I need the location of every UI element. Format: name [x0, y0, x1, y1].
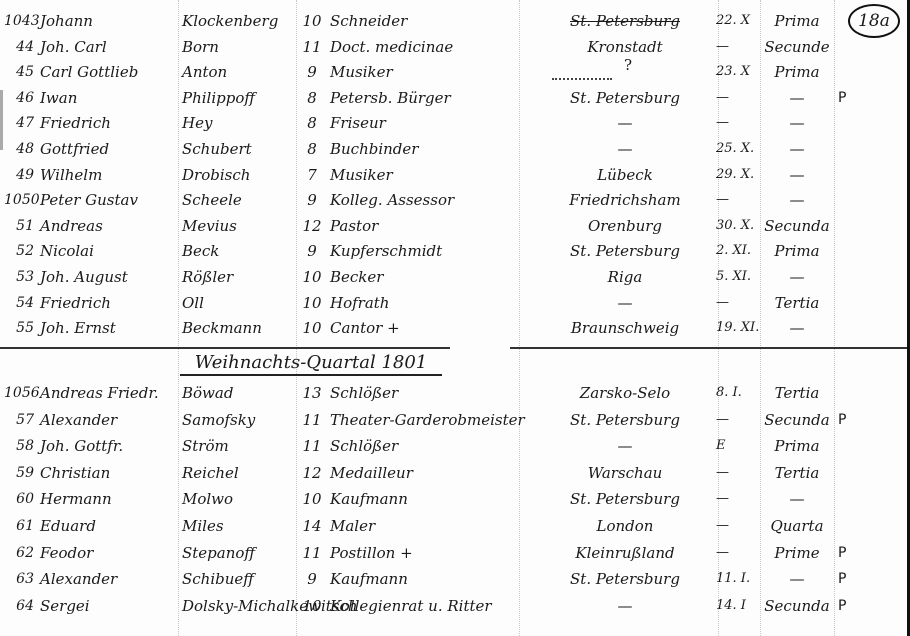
given-name: Friedrich — [40, 290, 111, 316]
register-entry: 60HermannMolwo10KaufmannSt. Petersburg—— — [0, 486, 905, 512]
father-occupation: Schlößer — [330, 433, 398, 459]
remark-mark: P — [838, 85, 846, 111]
origin-place: London — [540, 513, 710, 539]
age: 10 — [302, 593, 322, 619]
register-entry: 47FriedrichHey8Friseur——— — [0, 110, 905, 136]
entry-date: 11. I. — [716, 566, 760, 592]
entry-date: 19. XI. — [716, 315, 760, 341]
origin-place: Braunschweig — [540, 315, 710, 341]
given-name: Johann — [40, 8, 93, 34]
school-class: — — [762, 264, 832, 290]
age: 13 — [302, 380, 322, 406]
entry-number: 48 — [4, 136, 34, 162]
place-query-note: ? — [624, 56, 632, 74]
entry-date: 25. X. — [716, 136, 760, 162]
father-occupation: Musiker — [330, 162, 393, 188]
section-divider — [510, 347, 907, 349]
entry-date: 29. X. — [716, 162, 760, 188]
dotted-placeholder — [552, 78, 612, 80]
register-entry: 52NicolaiBeck9KupferschmidtSt. Petersbur… — [0, 238, 905, 264]
age: 11 — [302, 433, 322, 459]
given-name: Iwan — [40, 85, 77, 111]
surname: Samofsky — [182, 407, 255, 433]
given-name: Alexander — [40, 566, 117, 592]
entry-date: 2. XI. — [716, 238, 760, 264]
surname: Beckmann — [182, 315, 262, 341]
entry-date: 30. X. — [716, 213, 760, 239]
origin-place: Kleinrußland — [540, 540, 710, 566]
surname: Schubert — [182, 136, 252, 162]
surname: Hey — [182, 110, 212, 136]
father-occupation: Maler — [330, 513, 375, 539]
entry-number: 51 — [4, 213, 34, 239]
surname: Klockenberg — [182, 8, 278, 34]
father-occupation: Petersb. Bürger — [330, 85, 451, 111]
given-name: Christian — [40, 460, 110, 486]
entry-date: 22. X — [716, 8, 760, 34]
given-name: Friedrich — [40, 110, 111, 136]
register-entry: 64SergeiDolsky-Michalkewitsch10Kollegien… — [0, 593, 905, 619]
entry-date: — — [716, 513, 760, 539]
origin-place: — — [540, 593, 710, 619]
remark-mark: P — [838, 407, 846, 433]
given-name: Carl Gottlieb — [40, 59, 138, 85]
origin-place: — — [540, 433, 710, 459]
entry-number: 1056 — [4, 380, 34, 406]
age: 9 — [302, 238, 322, 264]
entry-number: 59 — [4, 460, 34, 486]
register-entry: 46IwanPhilippoff8Petersb. BürgerSt. Pete… — [0, 85, 905, 111]
age: 11 — [302, 34, 322, 60]
surname: Rößler — [182, 264, 233, 290]
father-occupation: Kupferschmidt — [330, 238, 442, 264]
register-entry: 57AlexanderSamofsky11Theater-Garderobmei… — [0, 407, 905, 433]
given-name: Alexander — [40, 407, 117, 433]
age: 12 — [302, 213, 322, 239]
school-class: — — [762, 486, 832, 512]
father-occupation: Kollegienrat u. Ritter — [330, 593, 492, 619]
entry-number: 58 — [4, 433, 34, 459]
register-entry: 62FeodorStepanoff11Postillon +Kleinrußla… — [0, 540, 905, 566]
age: 8 — [302, 110, 322, 136]
entry-number: 54 — [4, 290, 34, 316]
father-occupation: Kaufmann — [330, 486, 408, 512]
age: 9 — [302, 187, 322, 213]
origin-place: St. Petersburg — [540, 238, 710, 264]
given-name: Andreas Friedr. — [40, 380, 159, 406]
school-class: Prima — [762, 433, 832, 459]
age: 10 — [302, 486, 322, 512]
entry-date: — — [716, 290, 760, 316]
entry-number: 55 — [4, 315, 34, 341]
entry-date: 14. I — [716, 593, 760, 619]
father-occupation: Pastor — [330, 213, 378, 239]
section-heading: Weihnachts-Quartal 1801 — [180, 352, 442, 376]
surname: Anton — [182, 59, 227, 85]
given-name: Andreas — [40, 213, 103, 239]
father-occupation: Doct. medicinae — [330, 34, 453, 60]
given-name: Joh. August — [40, 264, 128, 290]
entry-number: 45 — [4, 59, 34, 85]
given-name: Wilhelm — [40, 162, 102, 188]
given-name: Eduard — [40, 513, 96, 539]
entry-date: — — [716, 540, 760, 566]
father-occupation: Becker — [330, 264, 383, 290]
age: 14 — [302, 513, 322, 539]
age: 11 — [302, 540, 322, 566]
father-occupation: Hofrath — [330, 290, 389, 316]
entry-number: 47 — [4, 110, 34, 136]
origin-place: St. Petersburg — [540, 566, 710, 592]
father-occupation: Friseur — [330, 110, 386, 136]
age: 8 — [302, 85, 322, 111]
entry-number: 57 — [4, 407, 34, 433]
school-class: — — [762, 315, 832, 341]
father-occupation: Schneider — [330, 8, 407, 34]
surname: Böwad — [182, 380, 233, 406]
entry-number: 1050 — [4, 187, 34, 213]
entry-number: 62 — [4, 540, 34, 566]
surname: Scheele — [182, 187, 242, 213]
father-occupation: Buchbinder — [330, 136, 418, 162]
origin-place: St. Petersburg — [540, 85, 710, 111]
age: 9 — [302, 59, 322, 85]
father-occupation: Postillon + — [330, 540, 413, 566]
origin-place: Warschau — [540, 460, 710, 486]
entry-number: 49 — [4, 162, 34, 188]
school-class: — — [762, 110, 832, 136]
origin-place: — — [540, 136, 710, 162]
school-class: Tertia — [762, 380, 832, 406]
remark-mark: P — [838, 593, 846, 619]
school-class: Prima — [762, 238, 832, 264]
age: 10 — [302, 8, 322, 34]
entry-number: 53 — [4, 264, 34, 290]
origin-place: Zarsko-Selo — [540, 380, 710, 406]
school-class: Secunda — [762, 407, 832, 433]
school-class: Prime — [762, 540, 832, 566]
register-entry: 63AlexanderSchibueff9KaufmannSt. Petersb… — [0, 566, 905, 592]
register-entry: 1056Andreas Friedr.Böwad13SchlößerZarsko… — [0, 380, 905, 406]
register-entry: 49WilhelmDrobisch7MusikerLübeck29. X.— — [0, 162, 905, 188]
register-entry: 55Joh. ErnstBeckmann10Cantor +Braunschwe… — [0, 315, 905, 341]
entry-number: 52 — [4, 238, 34, 264]
origin-place: Orenburg — [540, 213, 710, 239]
register-entry: 59ChristianReichel12MedailleurWarschau—T… — [0, 460, 905, 486]
entry-date: — — [716, 486, 760, 512]
school-class: — — [762, 187, 832, 213]
school-class: Tertia — [762, 460, 832, 486]
father-occupation: Musiker — [330, 59, 393, 85]
father-occupation: Schlößer — [330, 380, 398, 406]
origin-place: Riga — [540, 264, 710, 290]
school-class: Secunda — [762, 213, 832, 239]
age: 11 — [302, 407, 322, 433]
given-name: Joh. Carl — [40, 34, 107, 60]
age: 12 — [302, 460, 322, 486]
entry-date: 5. XI. — [716, 264, 760, 290]
register-entry: 48GottfriedSchubert8Buchbinder—25. X.— — [0, 136, 905, 162]
given-name: Gottfried — [40, 136, 109, 162]
given-name: Joh. Ernst — [40, 315, 116, 341]
origin-place: Friedrichsham — [540, 187, 710, 213]
surname: Mevius — [182, 213, 237, 239]
entry-number: 64 — [4, 593, 34, 619]
age: 9 — [302, 566, 322, 592]
surname: Stepanoff — [182, 540, 255, 566]
surname: Schibueff — [182, 566, 254, 592]
school-class: Prima — [762, 8, 832, 34]
school-class: Quarta — [762, 513, 832, 539]
age: 7 — [302, 162, 322, 188]
surname: Beck — [182, 238, 219, 264]
remark-mark: P — [838, 566, 846, 592]
register-entry: 1050Peter GustavScheele9Kolleg. Assessor… — [0, 187, 905, 213]
surname: Oll — [182, 290, 204, 316]
entry-date: — — [716, 187, 760, 213]
register-entry: 51AndreasMevius12PastorOrenburg30. X.Sec… — [0, 213, 905, 239]
entry-date: E — [716, 433, 760, 459]
age: 10 — [302, 290, 322, 316]
surname: Molwo — [182, 486, 233, 512]
remark-mark: P — [838, 540, 846, 566]
age: 8 — [302, 136, 322, 162]
register-entry: 61EduardMiles14MalerLondon—Quarta — [0, 513, 905, 539]
entry-number: 1043 — [4, 8, 34, 34]
father-occupation: Kolleg. Assessor — [330, 187, 454, 213]
given-name: Feodor — [40, 540, 93, 566]
given-name: Hermann — [40, 486, 112, 512]
surname: Born — [182, 34, 219, 60]
register-entry: 54FriedrichOll10Hofrath——Tertia — [0, 290, 905, 316]
surname: Miles — [182, 513, 224, 539]
origin-place: St. Petersburg — [540, 8, 710, 34]
register-entry: 1043JohannKlockenberg10SchneiderSt. Pete… — [0, 8, 905, 34]
entry-date: — — [716, 85, 760, 111]
given-name: Nicolai — [40, 238, 94, 264]
given-name: Joh. Gottfr. — [40, 433, 123, 459]
entry-date: 23. X — [716, 59, 760, 85]
surname: Drobisch — [182, 162, 250, 188]
entry-date: — — [716, 460, 760, 486]
entry-date: — — [716, 34, 760, 60]
entry-number: 46 — [4, 85, 34, 111]
entry-date: — — [716, 407, 760, 433]
section-divider — [0, 347, 450, 349]
school-class: — — [762, 162, 832, 188]
surname: Philippoff — [182, 85, 255, 111]
school-class: — — [762, 85, 832, 111]
entry-number: 61 — [4, 513, 34, 539]
entry-number: 44 — [4, 34, 34, 60]
school-class: — — [762, 566, 832, 592]
given-name: Peter Gustav — [40, 187, 138, 213]
school-class: Tertia — [762, 290, 832, 316]
surname: Reichel — [182, 460, 239, 486]
school-class: Prima — [762, 59, 832, 85]
origin-place: St. Petersburg — [540, 486, 710, 512]
given-name: Sergei — [40, 593, 90, 619]
school-class: Secunde — [762, 34, 832, 60]
father-occupation: Theater-Garderobmeister — [330, 407, 525, 433]
register-entry: 44Joh. CarlBorn11Doct. medicinaeKronstad… — [0, 34, 905, 60]
entry-date: 8. I. — [716, 380, 760, 406]
school-class: Secunda — [762, 593, 832, 619]
entry-number: 60 — [4, 486, 34, 512]
origin-place: — — [540, 290, 710, 316]
origin-place: St. Petersburg — [540, 407, 710, 433]
father-occupation: Cantor + — [330, 315, 400, 341]
father-occupation: Medailleur — [330, 460, 413, 486]
surname: Ström — [182, 433, 229, 459]
origin-place: — — [540, 110, 710, 136]
school-class: — — [762, 136, 832, 162]
father-occupation: Kaufmann — [330, 566, 408, 592]
register-entry: 53Joh. AugustRößler10BeckerRiga5. XI.— — [0, 264, 905, 290]
entry-number: 63 — [4, 566, 34, 592]
age: 10 — [302, 264, 322, 290]
register-entry: 58Joh. Gottfr.Ström11Schlößer—EPrima — [0, 433, 905, 459]
origin-place: Lübeck — [540, 162, 710, 188]
entry-date: — — [716, 110, 760, 136]
ledger-page: 18a 1043JohannKlockenberg10SchneiderSt. … — [0, 0, 910, 636]
register-entry: 45Carl GottliebAnton9Musiker23. XPrima — [0, 59, 905, 85]
age: 10 — [302, 315, 322, 341]
